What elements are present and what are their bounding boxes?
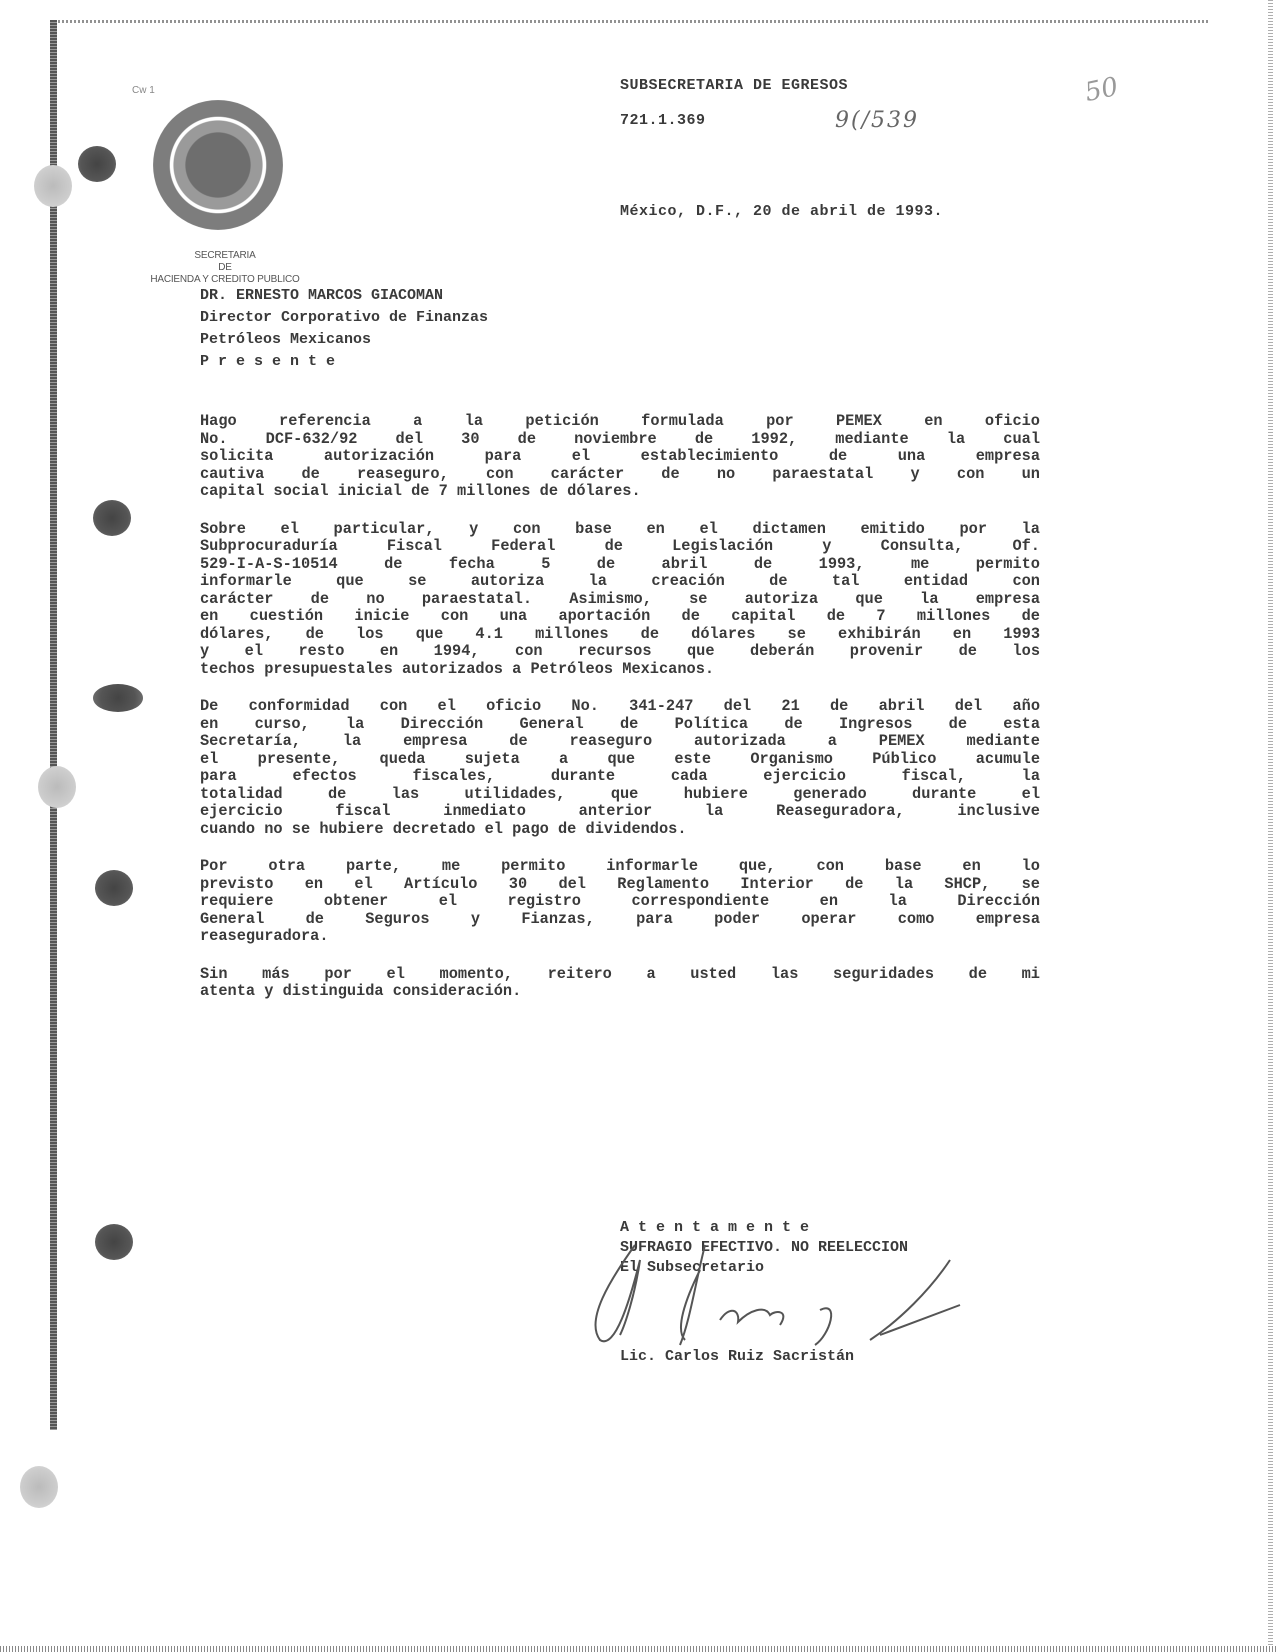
body-line: totalidad de las utilidades, que hubiere… xyxy=(200,786,1040,804)
recipient-name: DR. ERNESTO MARCOS GIACOMAN xyxy=(200,285,488,307)
seal-label: SECRETARIA DE HACIENDA Y CREDITO PUBLICO xyxy=(130,250,320,286)
scan-frame-bottom xyxy=(0,1646,1277,1652)
body-line: informarle que se autoriza la creación d… xyxy=(200,573,1040,591)
body-line: previsto en el Artículo 30 del Reglament… xyxy=(200,876,1040,894)
signer-name: Lic. Carlos Ruiz Sacristán xyxy=(620,1348,854,1365)
department-title: SUBSECRETARIA DE EGRESOS xyxy=(620,77,848,94)
body-paragraph: Sin más por el momento, reitero a usted … xyxy=(200,966,1040,1001)
body-line: capital social inicial de 7 millones de … xyxy=(200,483,1040,501)
body-line: No. DCF-632/92 del 30 de noviembre de 19… xyxy=(200,431,1040,449)
valediction: Atentamente xyxy=(620,1218,908,1238)
body-line: cuando no se hubiere decretado el pago d… xyxy=(200,821,1040,839)
body-line: techos presupuestales autorizados a Petr… xyxy=(200,661,1040,679)
body-line: dólares, de los que 4.1 millones de dóla… xyxy=(200,626,1040,644)
body-line: ejercicio fiscal inmediato anterior la R… xyxy=(200,803,1040,821)
binder-hole-dark xyxy=(78,146,116,182)
body-paragraph: De conformidad con el oficio No. 341-247… xyxy=(200,698,1040,838)
body-line: Hago referencia a la petición formulada … xyxy=(200,413,1040,431)
handwritten-reference: 9(/539 xyxy=(835,108,919,133)
body-line: Por otra parte, me permito informarle qu… xyxy=(200,858,1040,876)
recipient-organization: Petróleos Mexicanos xyxy=(200,329,488,351)
body-line: 529-I-A-S-10514 de fecha 5 de abril de 1… xyxy=(200,556,1040,574)
recipient-block: DR. ERNESTO MARCOS GIACOMAN Director Cor… xyxy=(200,285,488,373)
handwritten-signature-icon xyxy=(580,1240,980,1350)
body-line: Secretaría, la empresa de reaseguro auto… xyxy=(200,733,1040,751)
binder-hole-light xyxy=(34,165,72,207)
binder-hole-dark xyxy=(95,1224,133,1260)
scanned-letter: Cw 1 SECRETARIA DE HACIENDA Y CREDITO PU… xyxy=(0,0,1277,1652)
binder-hole-dark xyxy=(93,500,131,536)
body-line: atenta y distinguida consideración. xyxy=(200,983,1040,1001)
body-line: y el resto en 1994, con recursos que deb… xyxy=(200,643,1040,661)
letter-body: Hago referencia a la petición formulada … xyxy=(200,413,1040,1021)
seal-label-line: SECRETARIA xyxy=(130,250,320,262)
body-line: en curso, la Dirección General de Políti… xyxy=(200,716,1040,734)
body-line: para efectos fiscales, durante cada ejer… xyxy=(200,768,1040,786)
body-line: Subprocuraduría Fiscal Federal de Legisl… xyxy=(200,538,1040,556)
binder-hole-light xyxy=(20,1466,58,1508)
binder-hole-dark xyxy=(95,870,133,906)
binder-hole-light xyxy=(38,766,76,808)
scan-frame-left xyxy=(50,20,57,1430)
scan-frame-top xyxy=(50,20,1210,23)
letter-date: México, D.F., 20 de abril de 1993. xyxy=(620,203,943,220)
body-line: General de Seguros y Fianzas, para poder… xyxy=(200,911,1040,929)
body-line: carácter de no paraestatal. Asimismo, se… xyxy=(200,591,1040,609)
body-line: Sin más por el momento, reitero a usted … xyxy=(200,966,1040,984)
body-line: cautiva de reaseguro, con carácter de no… xyxy=(200,466,1040,484)
body-paragraph: Por otra parte, me permito informarle qu… xyxy=(200,858,1040,946)
scan-frame-right xyxy=(1268,0,1273,1652)
body-line: De conformidad con el oficio No. 341-247… xyxy=(200,698,1040,716)
body-line: reaseguradora. xyxy=(200,928,1040,946)
body-line: en cuestión inicie con una aportación de… xyxy=(200,608,1040,626)
recipient-salutation: Presente xyxy=(200,351,488,373)
body-line: el presente, queda sujeta a que este Org… xyxy=(200,751,1040,769)
corner-mark: Cw 1 xyxy=(132,85,155,96)
seal-label-line: DE xyxy=(130,262,320,274)
body-paragraph: Hago referencia a la petición formulada … xyxy=(200,413,1040,501)
mexican-coat-of-arms-seal-icon xyxy=(153,100,283,230)
body-line: requiere obtener el registro correspondi… xyxy=(200,893,1040,911)
body-paragraph: Sobre el particular, y con base en el di… xyxy=(200,521,1040,679)
handwritten-page-number: 50 xyxy=(1082,72,1121,108)
body-line: solicita autorización para el establecim… xyxy=(200,448,1040,466)
binder-hole-dark xyxy=(93,684,143,712)
reference-number: 721.1.369 xyxy=(620,112,706,129)
recipient-title: Director Corporativo de Finanzas xyxy=(200,307,488,329)
body-line: Sobre el particular, y con base en el di… xyxy=(200,521,1040,539)
